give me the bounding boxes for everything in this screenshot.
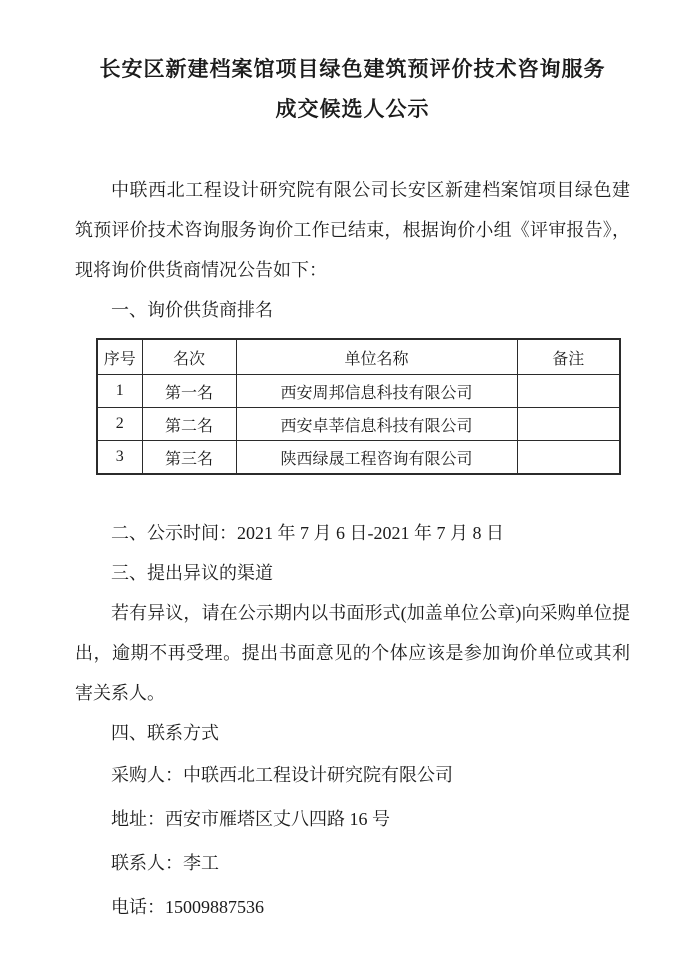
table-row: 3第三名陕西绿晟工程咨询有限公司 [97,441,620,475]
supplier-ranking-table: 序号名次单位名称备注 1第一名西安周邦信息科技有限公司2第二名西安卓莘信息科技有… [96,338,621,475]
table-cell-no: 2 [97,408,142,441]
table-body: 1第一名西安周邦信息科技有限公司2第二名西安卓莘信息科技有限公司3第三名陕西绿晟… [97,375,620,475]
table-cell-rank: 第三名 [142,441,236,475]
objection-paragraph: 若有异议，请在公示期内以书面形式(加盖单位公章)向采购单位提出，逾期不再受理。提… [75,593,630,713]
section3-heading: 三、提出异议的渠道 [75,553,630,593]
table-cell-no: 3 [97,441,142,475]
table-cell-rank: 第二名 [142,408,236,441]
table-cell-rank: 第一名 [142,375,236,408]
table-cell-remark [517,408,620,441]
document-title-line2: 成交候选人公示 [75,90,630,130]
table-row: 2第二名西安卓莘信息科技有限公司 [97,408,620,441]
contact-address-line: 地址：西安市雁塔区丈八四路 16 号 [75,797,630,841]
table-cell-company: 西安周邦信息科技有限公司 [236,375,517,408]
contact-person-line: 联系人：李工 [75,841,630,885]
table-header-cell: 备注 [517,339,620,375]
table-header-row: 序号名次单位名称备注 [97,339,620,375]
intro-paragraph: 中联西北工程设计研究院有限公司长安区新建档案馆项目绿色建筑预评价技术咨询服务询价… [75,170,630,290]
table-row: 1第一名西安周邦信息科技有限公司 [97,375,620,408]
table-cell-remark [517,375,620,408]
table-cell-company: 陕西绿晟工程咨询有限公司 [236,441,517,475]
section2-heading: 二、公示时间：2021 年 7 月 6 日-2021 年 7 月 8 日 [75,513,630,553]
contact-phone-line: 电话：15009887536 [75,885,630,929]
document-title-line1: 长安区新建档案馆项目绿色建筑预评价技术咨询服务 [75,50,630,90]
table-header-cell: 序号 [97,339,142,375]
table-cell-no: 1 [97,375,142,408]
table-header-cell: 名次 [142,339,236,375]
table-header-cell: 单位名称 [236,339,517,375]
section4-heading: 四、联系方式 [75,713,630,753]
table-cell-company: 西安卓莘信息科技有限公司 [236,408,517,441]
contact-buyer-line: 采购人：中联西北工程设计研究院有限公司 [75,753,630,797]
section1-heading: 一、询价供货商排名 [75,290,630,330]
document-page: 长安区新建档案馆项目绿色建筑预评价技术咨询服务 成交候选人公示 中联西北工程设计… [0,0,700,974]
table-cell-remark [517,441,620,475]
